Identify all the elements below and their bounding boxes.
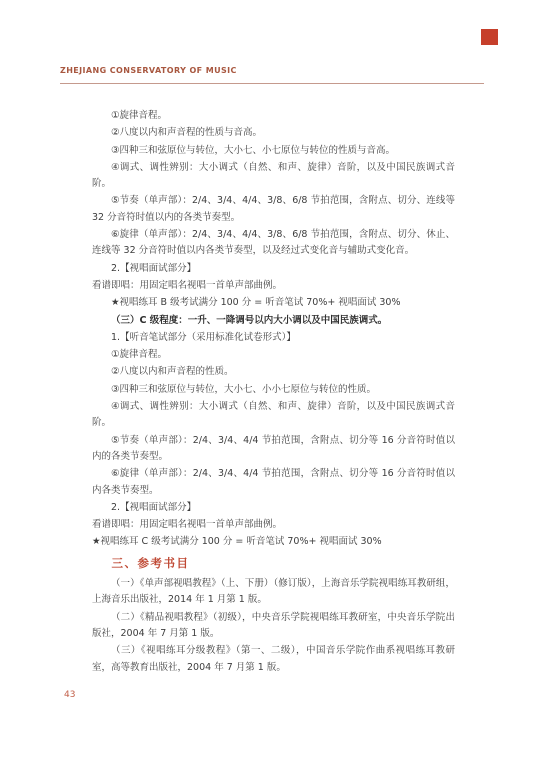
- paragraph: ②八度以内和声音程的性质与音高。: [92, 125, 455, 141]
- page-number: 43: [64, 690, 75, 700]
- paragraph: （一）《单声部视唱教程》（上、下册）（修订版），上海音乐学院视唱练耳教研组，上海…: [92, 576, 455, 609]
- paragraph: （三）《视唱练耳分级教程》（第一、二级），中国音乐学院作曲系视唱练耳教研室，高等…: [92, 643, 455, 676]
- red-corner-tab: [481, 29, 498, 45]
- paragraph: （三）C 级程度：一升、一降调号以内大小调以及中国民族调式。: [92, 313, 455, 329]
- conservatory-brand-text: ZHEJIANG CONSERVATORY OF MUSIC: [60, 66, 237, 75]
- paragraph: ⑥旋律（单声部）：2/4、3/4、4/4、3/8、6/8 节拍范围，含附点、切分…: [92, 227, 455, 260]
- paragraph: ⑤节奏（单声部）：2/4、3/4、4/4、3/8、6/8 节拍范围，含附点、切分…: [92, 193, 455, 226]
- paragraph: ①旋律音程。: [92, 347, 455, 363]
- paragraph: ⑥旋律（单声部）：2/4、3/4、4/4 节拍范围，含附点、切分等 16 分音符…: [92, 466, 455, 499]
- paragraph: 1.【听音笔试部分（采用标准化试卷形式）】: [92, 330, 455, 346]
- paragraph: ★视唱练耳 C 级考试满分 100 分 = 听音笔试 70%+ 视唱面试 30%: [92, 534, 455, 550]
- syllabus-text-block: ①旋律音程。②八度以内和声音程的性质与音高。③四种三和弦原位与转位，大小七、小七…: [92, 108, 455, 677]
- paragraph: 看谱即唱：用固定唱名视唱一首单声部曲例。: [92, 517, 455, 533]
- paragraph: ★视唱练耳 B 级考试满分 100 分 = 听音笔试 70%+ 视唱面试 30%: [92, 295, 455, 311]
- paragraph: ②八度以内和声音程的性质。: [92, 364, 455, 380]
- paragraph: 看谱即唱：用固定唱名视唱一首单声部曲例。: [92, 278, 455, 294]
- document-page: ZHEJIANG CONSERVATORY OF MUSIC ①旋律音程。②八度…: [0, 0, 543, 768]
- paragraph: ④调式、调性辨别：大小调式（自然、和声、旋律）音阶，以及中国民族调式音阶。: [92, 399, 455, 432]
- paragraph: ⑤节奏（单声部）：2/4、3/4、4/4 节拍范围，含附点、切分等 16 分音符…: [92, 433, 455, 466]
- paragraph: 2.【视唱面试部分】: [92, 500, 455, 516]
- paragraph: ①旋律音程。: [92, 108, 455, 124]
- paragraph: ③四种三和弦原位与转位，大小七、小小七原位与转位的性质。: [92, 382, 455, 398]
- header-rule-divider: [60, 83, 484, 84]
- paragraph: 2.【视唱面试部分】: [92, 261, 455, 277]
- paragraph: ④调式、调性辨别：大小调式（自然、和声、旋律）音阶，以及中国民族调式音阶。: [92, 160, 455, 193]
- paragraph: ③四种三和弦原位与转位，大小七、小七原位与转位的性质与音高。: [92, 143, 455, 159]
- section-heading: 三、参考书目: [92, 555, 455, 571]
- paragraph: （二）《精品视唱教程》（初级），中央音乐学院视唱练耳教研室，中央音乐学院出版社，…: [92, 610, 455, 643]
